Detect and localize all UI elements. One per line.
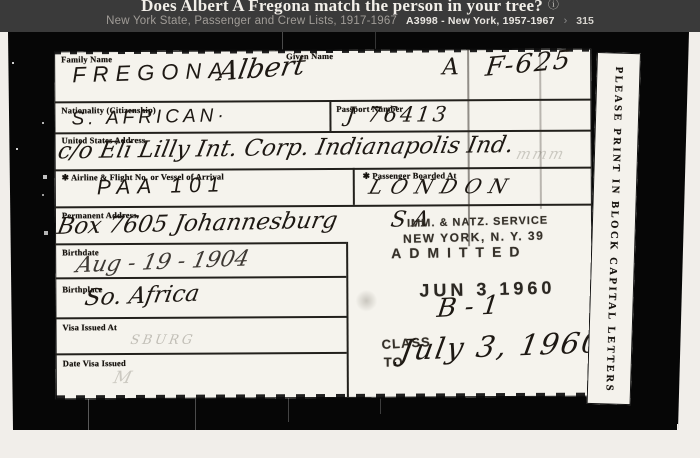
rule	[55, 167, 592, 172]
field-value-airline-flight: PAA 101	[97, 173, 227, 200]
corner-note-letter: A	[442, 54, 459, 80]
faint-pencil-scribble: mmm	[514, 145, 567, 163]
rule	[56, 352, 347, 356]
scan-artifact-line	[288, 396, 289, 422]
ink-smudge	[355, 290, 377, 312]
scan-corner-notch	[677, 424, 689, 430]
scan-speckles	[12, 62, 14, 64]
rule	[54, 99, 591, 104]
scan-artifact-line	[375, 32, 376, 49]
page-title: Does Albert A Fregona match the person i…	[141, 0, 543, 15]
image-number: 315	[576, 15, 594, 27]
scan-artifact-line	[195, 396, 196, 430]
rule	[55, 316, 346, 320]
chevron-right-icon: ›	[564, 15, 568, 27]
field-value-us-address: c/o Eli Lilly Int. Corp. Indianapolis In…	[56, 132, 516, 164]
field-label-visa-issued-at: Visa Issued At	[63, 322, 118, 332]
rule	[353, 168, 355, 205]
field-value-passport-number: J 76413	[345, 102, 451, 127]
record-header: Does Albert A Fregona match the person i…	[0, 0, 700, 32]
corner-note-number: F-625	[484, 45, 574, 83]
record-image-viewer[interactable]: Family Name Given Name FREGONA Albert A …	[8, 32, 689, 430]
rule	[55, 242, 346, 246]
stamp-class-written: B - 1	[435, 290, 500, 323]
record-match-page: Does Albert A Fregona match the person i…	[0, 0, 700, 458]
breadcrumb: New York State, Passenger and Crew Lists…	[0, 15, 700, 27]
field-value-date-visa-issued: M	[111, 368, 133, 388]
record-card: Family Name Given Name FREGONA Albert A …	[54, 49, 593, 400]
field-value-family-name: FREGONA	[72, 57, 231, 88]
field-value-nationality: S. AFRICAN·	[71, 105, 228, 131]
print-instruction-label: PLEASE PRINT IN BLOCK CAPITAL LETTERS	[603, 66, 624, 393]
collection-title-link[interactable]: New York State, Passenger and Crew Lists…	[106, 15, 397, 27]
info-icon[interactable]: ⓘ	[548, 0, 559, 12]
field-value-visa-issued-at: SBURG	[129, 333, 196, 348]
stamp-admitted: ADMITTED	[391, 243, 528, 261]
instruction-strip: PLEASE PRINT IN BLOCK CAPITAL LETTERS	[587, 52, 641, 405]
field-value-permanent-address: Box 7605 Johannesburg	[55, 207, 340, 239]
stamp-service-line: IMM. & NATZ. SERVICE	[407, 215, 548, 230]
field-value-boarded-at: LONDON	[366, 174, 519, 199]
field-value-birthdate: Aug - 19 - 1904	[74, 246, 252, 278]
field-value-given-name: Albert	[216, 50, 308, 87]
field-value-birthplace: So. Africa	[83, 281, 202, 312]
field-label-date-visa-issued: Date Visa Issued	[63, 358, 126, 368]
source-citation[interactable]: A3998 - New York, 1957-1967	[406, 15, 555, 27]
stamp-to-written: July 3, 1960	[398, 325, 605, 367]
rule	[329, 100, 331, 131]
rule	[346, 242, 349, 398]
